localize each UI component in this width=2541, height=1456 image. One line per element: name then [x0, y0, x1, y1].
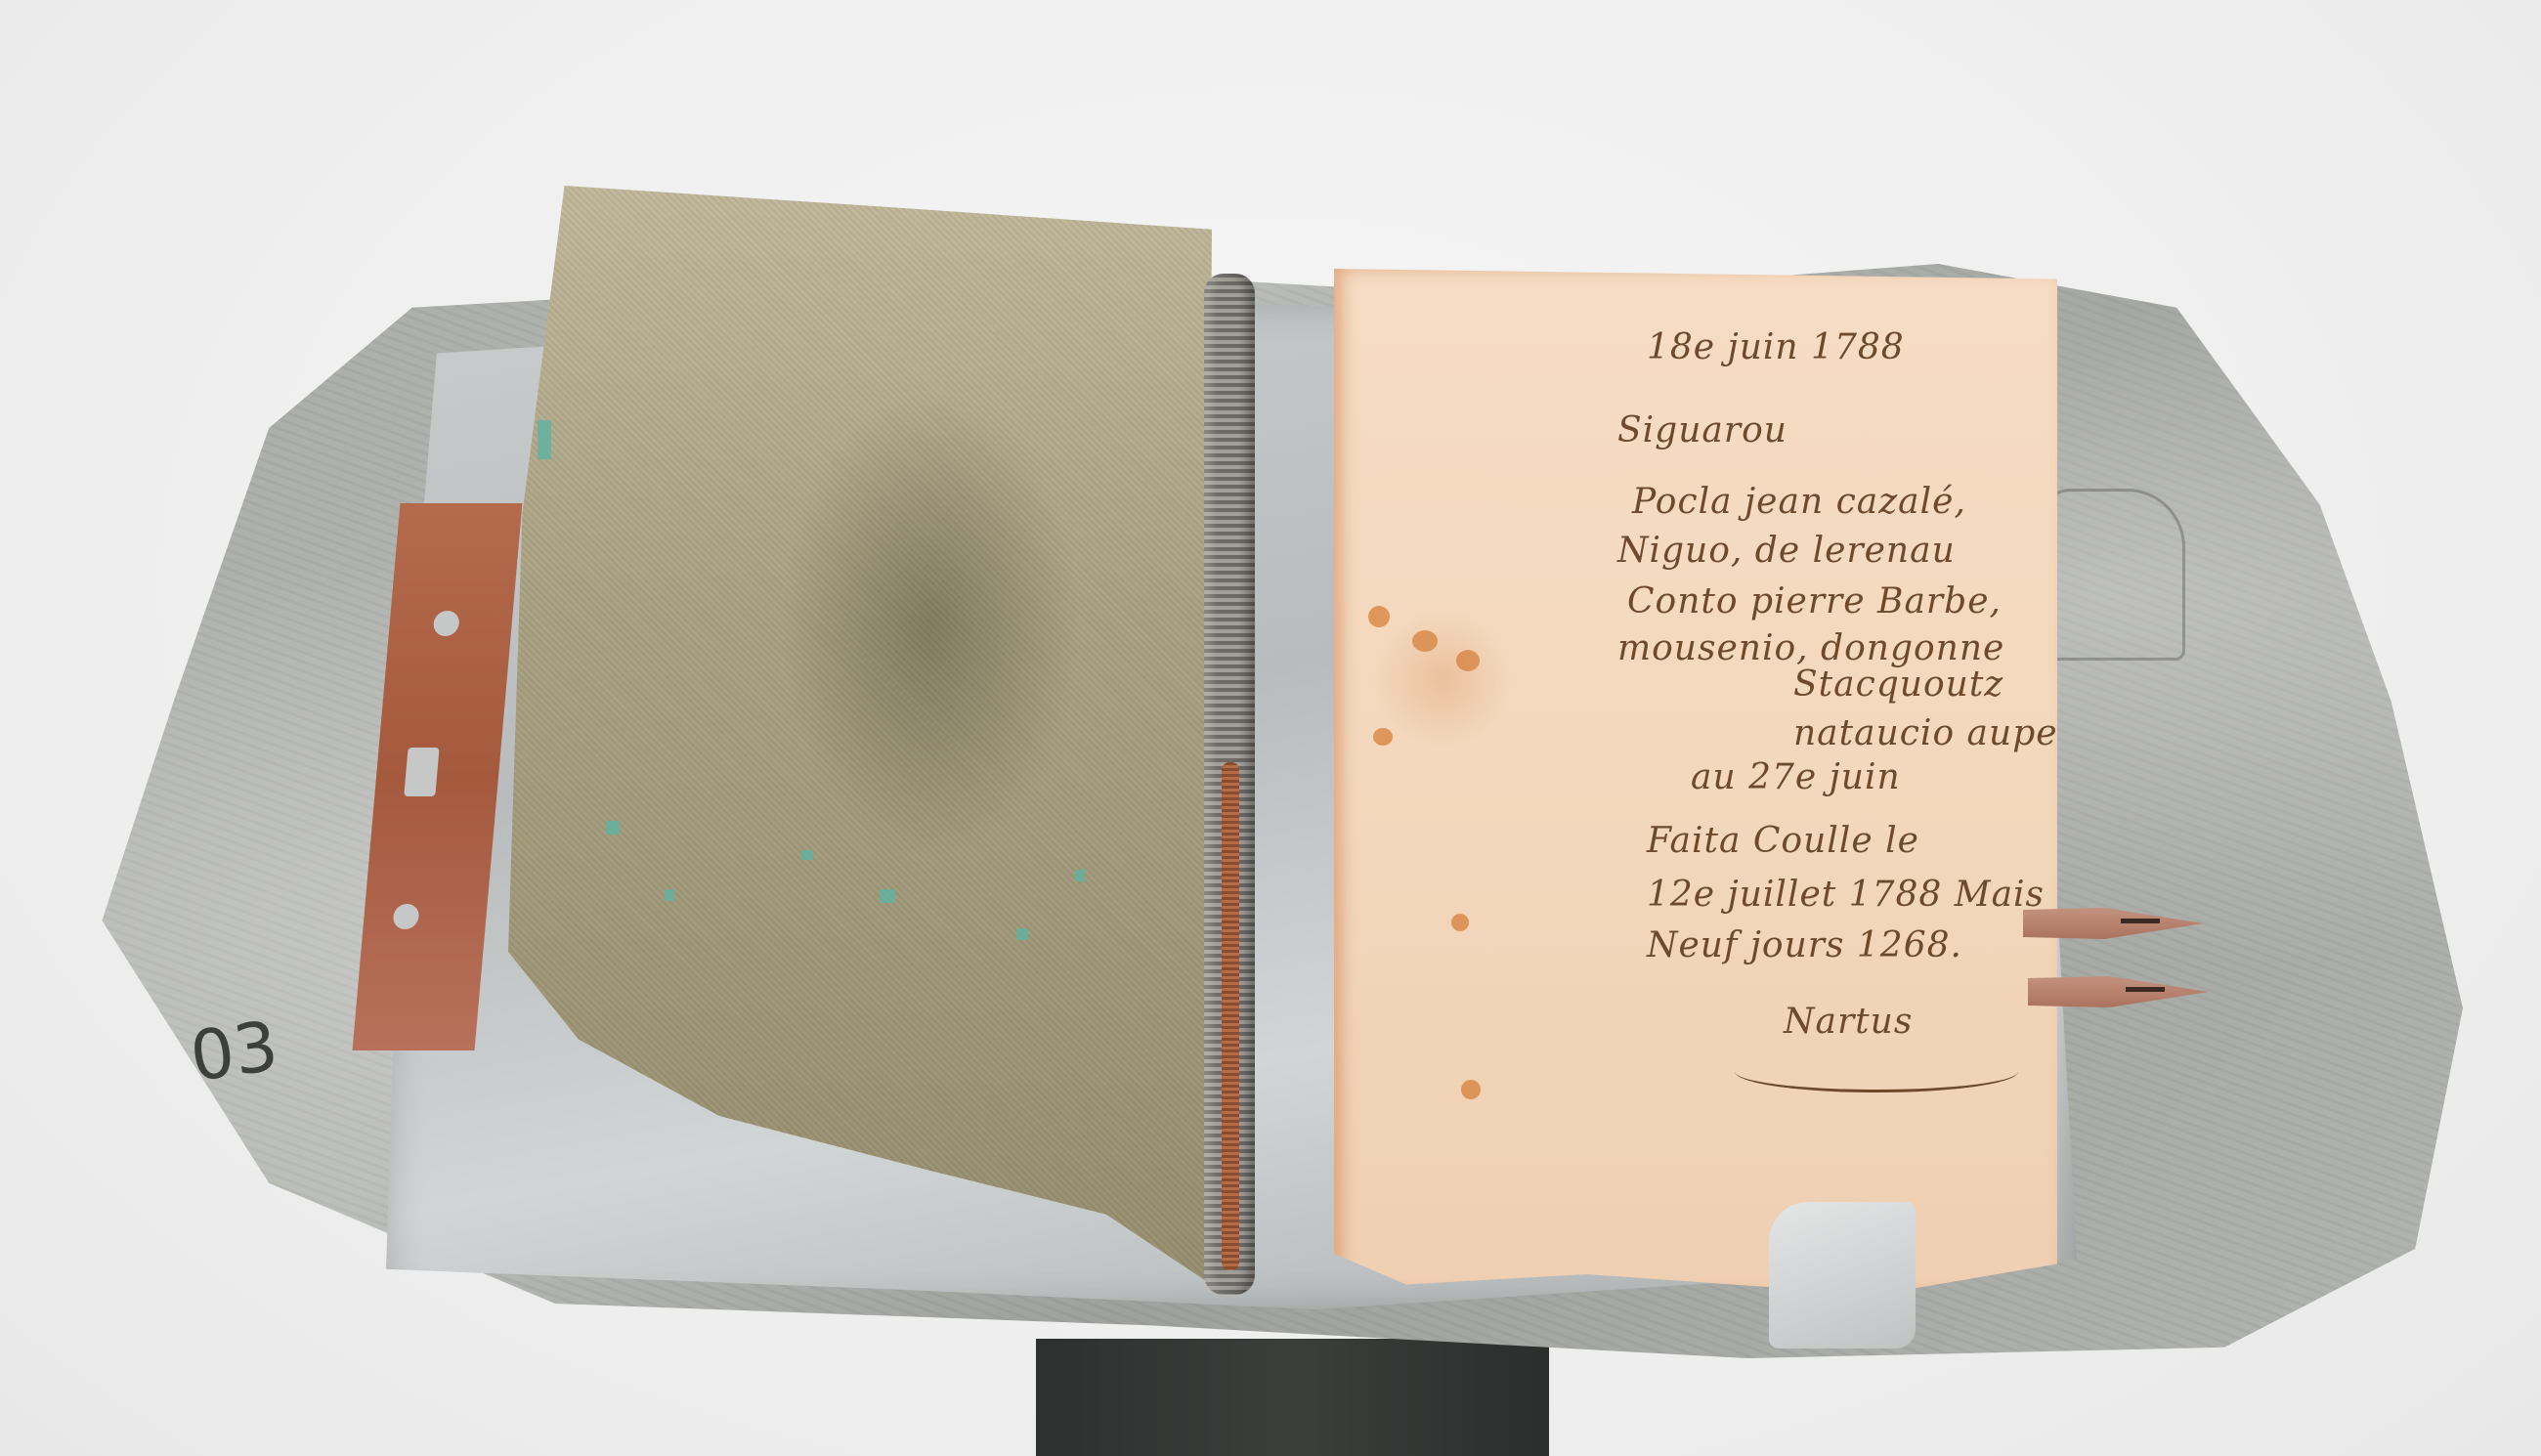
manuscript-line: Pocla jean cazalé, [1632, 482, 1966, 522]
pen-nib-lower [2028, 972, 2209, 1011]
manuscript-line: Neuf jours 1268. [1647, 925, 1962, 965]
manuscript-line: Faita Coulle le [1647, 821, 1919, 861]
verdigris-spot [801, 850, 813, 860]
signature-flourish [1735, 1050, 2018, 1092]
nib-slit [2121, 919, 2160, 923]
nib-shape [2023, 904, 2204, 943]
manuscript-line: au 27e juin [1691, 757, 1901, 797]
manuscript-signature: Nartus [1784, 1002, 1913, 1042]
foxing-stain [1461, 1080, 1481, 1099]
manuscript-line: mousenio, dongonne [1617, 628, 2004, 668]
manuscript-line: nataucio aupe [1793, 713, 2058, 753]
manuscript-right-page: 18e juin 1788 Siguarou Pocla jean cazalé… [1334, 269, 2057, 1295]
verdigris-spot [1075, 870, 1085, 881]
nib-slit [2126, 987, 2165, 992]
plate-slot [404, 748, 439, 796]
verdigris-spot [538, 420, 551, 459]
foxing-stain [1412, 630, 1438, 652]
verdigris-spot [1016, 928, 1028, 940]
manuscript-line: Conto pierre Barbe, [1627, 581, 2002, 621]
nib-shape [2028, 972, 2209, 1011]
plate-hole [392, 904, 419, 929]
foxing-stain [1368, 606, 1390, 627]
folded-zinc-tab [1769, 1202, 1916, 1349]
verdigris-spot [606, 821, 620, 835]
manuscript-line: 18e juin 1788 [1647, 327, 1905, 367]
stone-number-mark: 03 [186, 1006, 283, 1097]
verdigris-spot [665, 889, 674, 901]
foxing-stain [1456, 650, 1480, 671]
manuscript-line: Siguarou [1617, 410, 1787, 450]
foxing-stain [1373, 728, 1393, 746]
manuscript-line: 12e juillet 1788 Mais [1647, 875, 2045, 915]
verdigris-spot [880, 889, 895, 903]
manuscript-line: Niguo, de lerenau [1617, 531, 1956, 571]
pedestal [1036, 1339, 1549, 1456]
rusty-inner-spring [1222, 762, 1239, 1270]
plate-hole [433, 611, 460, 636]
foxing-stain [1451, 914, 1469, 931]
manuscript-line: Stacquoutz [1793, 664, 2003, 705]
pen-nib-upper [2023, 904, 2204, 943]
